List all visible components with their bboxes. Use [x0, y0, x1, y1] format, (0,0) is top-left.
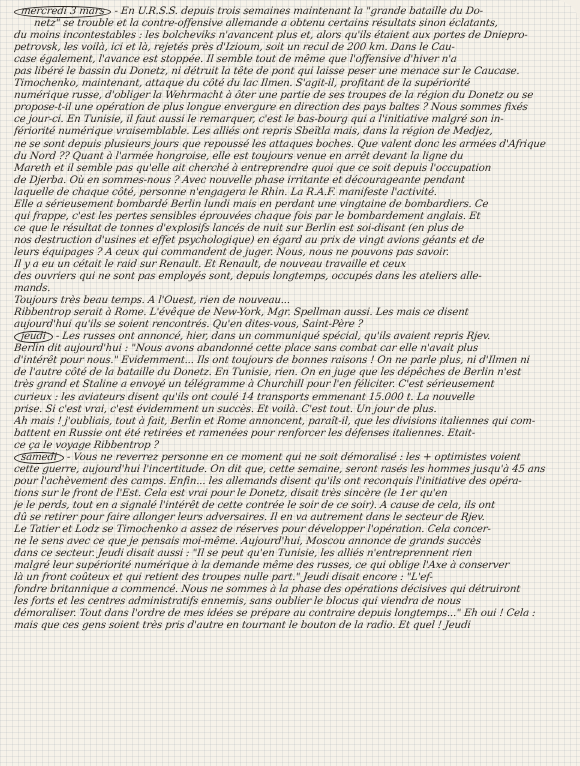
- line-text: nos destruction d'usines et effet psycho…: [13, 235, 484, 246]
- line-text: prise. Si c'est vrai, c'est évidemment u…: [13, 404, 437, 415]
- text-line: jeudi- Les russes ont annoncé, hier, dan…: [13, 331, 572, 343]
- line-text: Il y a eu un cétait le raid sur Renault.…: [13, 259, 406, 270]
- line-text: ce que le résultat de tonnes d'explosifs…: [13, 223, 464, 234]
- line-text: des ouvriers qui ne sont pas employés so…: [13, 271, 482, 282]
- line-text: laquelle de chaque côté, personne n'enga…: [13, 187, 437, 198]
- text-line: samedi- Vous ne reverrez personne en ce …: [13, 452, 572, 464]
- date-label: samedi: [13, 452, 64, 464]
- text-line: pour l'achèvement des camps. Enfin... le…: [13, 476, 572, 488]
- text-line: leurs équipages ? A ceux qui commandent …: [13, 247, 572, 259]
- line-text: - Les russes ont annoncé, hier, dans un …: [55, 331, 491, 342]
- line-text: aujourd'hui qu'ils se soient rencontrés.…: [13, 319, 363, 330]
- line-text: Timochenko, maintenant, attaque du côté …: [13, 78, 470, 89]
- date-label: jeudi: [13, 331, 53, 343]
- line-text: Elle a sérieusement bombardé Berlin lund…: [13, 199, 488, 210]
- text-line: pas libéré le bassin du Donetz, ni détru…: [13, 66, 572, 78]
- text-line: fondre britannique a commencé. Nous ne s…: [13, 584, 572, 596]
- line-text: de l'autre côté de la bataille du Donetz…: [13, 367, 521, 378]
- text-line: des ouvriers qui ne sont pas employés so…: [13, 271, 572, 283]
- text-line: Berlin dit aujourd'hui : "Nous avons aba…: [13, 343, 572, 355]
- text-line: curieux : les aviateurs disent qu'ils on…: [13, 392, 572, 404]
- text-line: Il y a eu un cétait le raid sur Renault.…: [13, 259, 572, 271]
- line-text: pas libéré le bassin du Donetz, ni détru…: [13, 66, 520, 77]
- line-text: mais que ces gens soient très pris d'aut…: [13, 620, 471, 631]
- line-text: très grand et Staline a envoyé un télégr…: [13, 379, 494, 390]
- text-line: prise. Si c'est vrai, c'est évidemment u…: [13, 404, 572, 416]
- text-line: mercredi 3 mars- En U.R.S.S. depuis troi…: [13, 6, 572, 18]
- text-line: aujourd'hui qu'ils se soient rencontrés.…: [13, 319, 572, 331]
- line-text: qui frappe, c'est les pertes sensibles é…: [13, 211, 480, 222]
- text-line: de Djerba. Où en sommes-nous ? Avec nouv…: [13, 175, 572, 187]
- text-line: malgré leur supériorité numérique à la d…: [13, 560, 572, 572]
- text-line: Ah mais ! j'oubliais, tout à fait, Berli…: [13, 416, 572, 428]
- text-line: laquelle de chaque côté, personne n'enga…: [13, 187, 572, 199]
- line-text: pour l'achèvement des camps. Enfin... le…: [13, 476, 522, 487]
- text-line: nos destruction d'usines et effet psycho…: [13, 235, 572, 247]
- line-text: malgré leur supériorité numérique à la d…: [13, 560, 509, 571]
- line-text: Toujours très beau temps. A l'Ouest, rie…: [13, 295, 290, 306]
- text-line: mais que ces gens soient très pris d'aut…: [13, 620, 572, 632]
- line-text: numérique russe, d'obliger la Wehrmacht …: [13, 90, 533, 101]
- text-line: je le perds, tout en a signalé l'intérêt…: [13, 500, 572, 512]
- text-line: du moins incontestables : les bolcheviks…: [13, 30, 572, 42]
- text-line: petrovsk, les voilà, ici et là, rejetés …: [13, 42, 572, 54]
- line-text: - En U.R.S.S. depuis trois semaines main…: [114, 6, 483, 17]
- text-line: case également, l'avance est stoppée. Il…: [13, 54, 572, 66]
- text-line: ne se sont depuis plusieurs jours que re…: [13, 139, 572, 151]
- line-text: petrovsk, les voilà, ici et là, rejetés …: [13, 42, 455, 53]
- text-line: dû se retirer pour faire allonger leurs …: [13, 512, 572, 524]
- line-text: fondre britannique a commencé. Nous ne s…: [13, 584, 520, 595]
- text-line: mands.: [13, 283, 572, 295]
- line-text: cette guerre, aujourd'hui l'incertitude.…: [13, 464, 545, 475]
- text-line: ce que le résultat de tonnes d'explosifs…: [13, 223, 572, 235]
- text-line: de l'autre côté de la bataille du Donetz…: [13, 367, 572, 379]
- text-line: numérique russe, d'obliger la Wehrmacht …: [13, 90, 572, 102]
- text-line: Timochenko, maintenant, attaque du côté …: [13, 78, 572, 90]
- text-line: du Nord ?? Quant à l'armée hongroise, el…: [13, 151, 572, 163]
- line-text: de Djerba. Où en sommes-nous ? Avec nouv…: [13, 175, 465, 186]
- line-text: ce jour-ci. En Tunisie, il faut aussi le…: [13, 114, 504, 125]
- line-text: du moins incontestables : les bolcheviks…: [13, 30, 528, 41]
- line-text: ne le sens avec ce que je pensais moi-mê…: [13, 536, 481, 547]
- text-line: Elle a sérieusement bombardé Berlin lund…: [13, 199, 572, 211]
- text-line: d'intérêt pour nous." Evidemment... Ils …: [13, 355, 572, 367]
- text-line: dans ce secteur. Jeudi disait aussi : "I…: [13, 548, 572, 560]
- text-line: tions sur le front de l'Est. Cela est vr…: [13, 488, 572, 500]
- line-text: là un front coûteux et qui retient des t…: [13, 572, 433, 583]
- line-text: Mareth et il semble pas qu'elle ait cher…: [13, 163, 491, 174]
- line-text: fériorité numérique vraisemblable. Les a…: [13, 126, 493, 137]
- line-text: Le Tatier et Lodz se Timochenko a assez …: [13, 524, 491, 535]
- line-text: propose-t-il une opération de plus longu…: [13, 102, 528, 113]
- text-line: là un front coûteux et qui retient des t…: [13, 572, 572, 584]
- text-line: ce jour-ci. En Tunisie, il faut aussi le…: [13, 114, 572, 126]
- text-line: qui frappe, c'est les pertes sensibles é…: [13, 211, 572, 223]
- text-line: cette guerre, aujourd'hui l'incertitude.…: [13, 464, 572, 476]
- text-line: Le Tatier et Lodz se Timochenko a assez …: [13, 524, 572, 536]
- line-text: dans ce secteur. Jeudi disait aussi : "I…: [13, 548, 472, 559]
- line-text: Ah mais ! j'oubliais, tout à fait, Berli…: [13, 416, 535, 427]
- notebook-page: mercredi 3 mars- En U.R.S.S. depuis troi…: [0, 0, 580, 766]
- text-line: démoraliser. Tout dans l'ordre de mes id…: [13, 608, 572, 620]
- date-label: mercredi 3 mars: [13, 6, 112, 18]
- line-text: du Nord ?? Quant à l'armée hongroise, el…: [13, 151, 463, 162]
- text-line: ce ça le voyage Ribbentrop ?: [13, 440, 572, 452]
- text-line: Mareth et il semble pas qu'elle ait cher…: [13, 163, 572, 175]
- line-text: ne se sont depuis plusieurs jours que re…: [13, 139, 546, 150]
- text-line: les forts et les centres administratifs …: [13, 596, 572, 608]
- handwritten-text: mercredi 3 mars- En U.R.S.S. depuis troi…: [14, 6, 572, 632]
- text-line: ne le sens avec ce que je pensais moi-mê…: [13, 536, 572, 548]
- line-text: - Vous ne reverrez personne en ce moment…: [66, 452, 521, 463]
- text-line: Ribbentrop serait à Rome. L'évêque de Ne…: [13, 307, 572, 319]
- line-text: Ribbentrop serait à Rome. L'évêque de Ne…: [13, 307, 469, 318]
- line-text: ce ça le voyage Ribbentrop ?: [13, 440, 159, 451]
- line-text: battent en Russie ont été retirées et ra…: [13, 428, 475, 439]
- line-text: netz" se trouble et la contre-offensive …: [33, 18, 498, 29]
- line-text: démoraliser. Tout dans l'ordre de mes id…: [13, 608, 535, 619]
- line-text: je le perds, tout en a signalé l'intérêt…: [13, 500, 495, 511]
- text-line: fériorité numérique vraisemblable. Les a…: [13, 126, 572, 138]
- text-line: battent en Russie ont été retirées et ra…: [13, 428, 572, 440]
- line-text: mands.: [13, 283, 51, 294]
- line-text: dû se retirer pour faire allonger leurs …: [13, 512, 485, 523]
- line-text: d'intérêt pour nous." Evidemment... Ils …: [13, 355, 530, 366]
- line-text: tions sur le front de l'Est. Cela est vr…: [13, 488, 448, 499]
- line-text: case également, l'avance est stoppée. Il…: [13, 54, 457, 65]
- text-line: propose-t-il une opération de plus longu…: [13, 102, 572, 114]
- line-text: les forts et les centres administratifs …: [13, 596, 461, 607]
- text-line: très grand et Staline a envoyé un télégr…: [13, 379, 572, 391]
- line-text: Berlin dit aujourd'hui : "Nous avons aba…: [13, 343, 478, 354]
- line-text: curieux : les aviateurs disent qu'ils on…: [13, 392, 475, 403]
- text-line: Toujours très beau temps. A l'Ouest, rie…: [13, 295, 572, 307]
- text-line: netz" se trouble et la contre-offensive …: [13, 18, 572, 30]
- line-text: leurs équipages ? A ceux qui commandent …: [13, 247, 449, 258]
